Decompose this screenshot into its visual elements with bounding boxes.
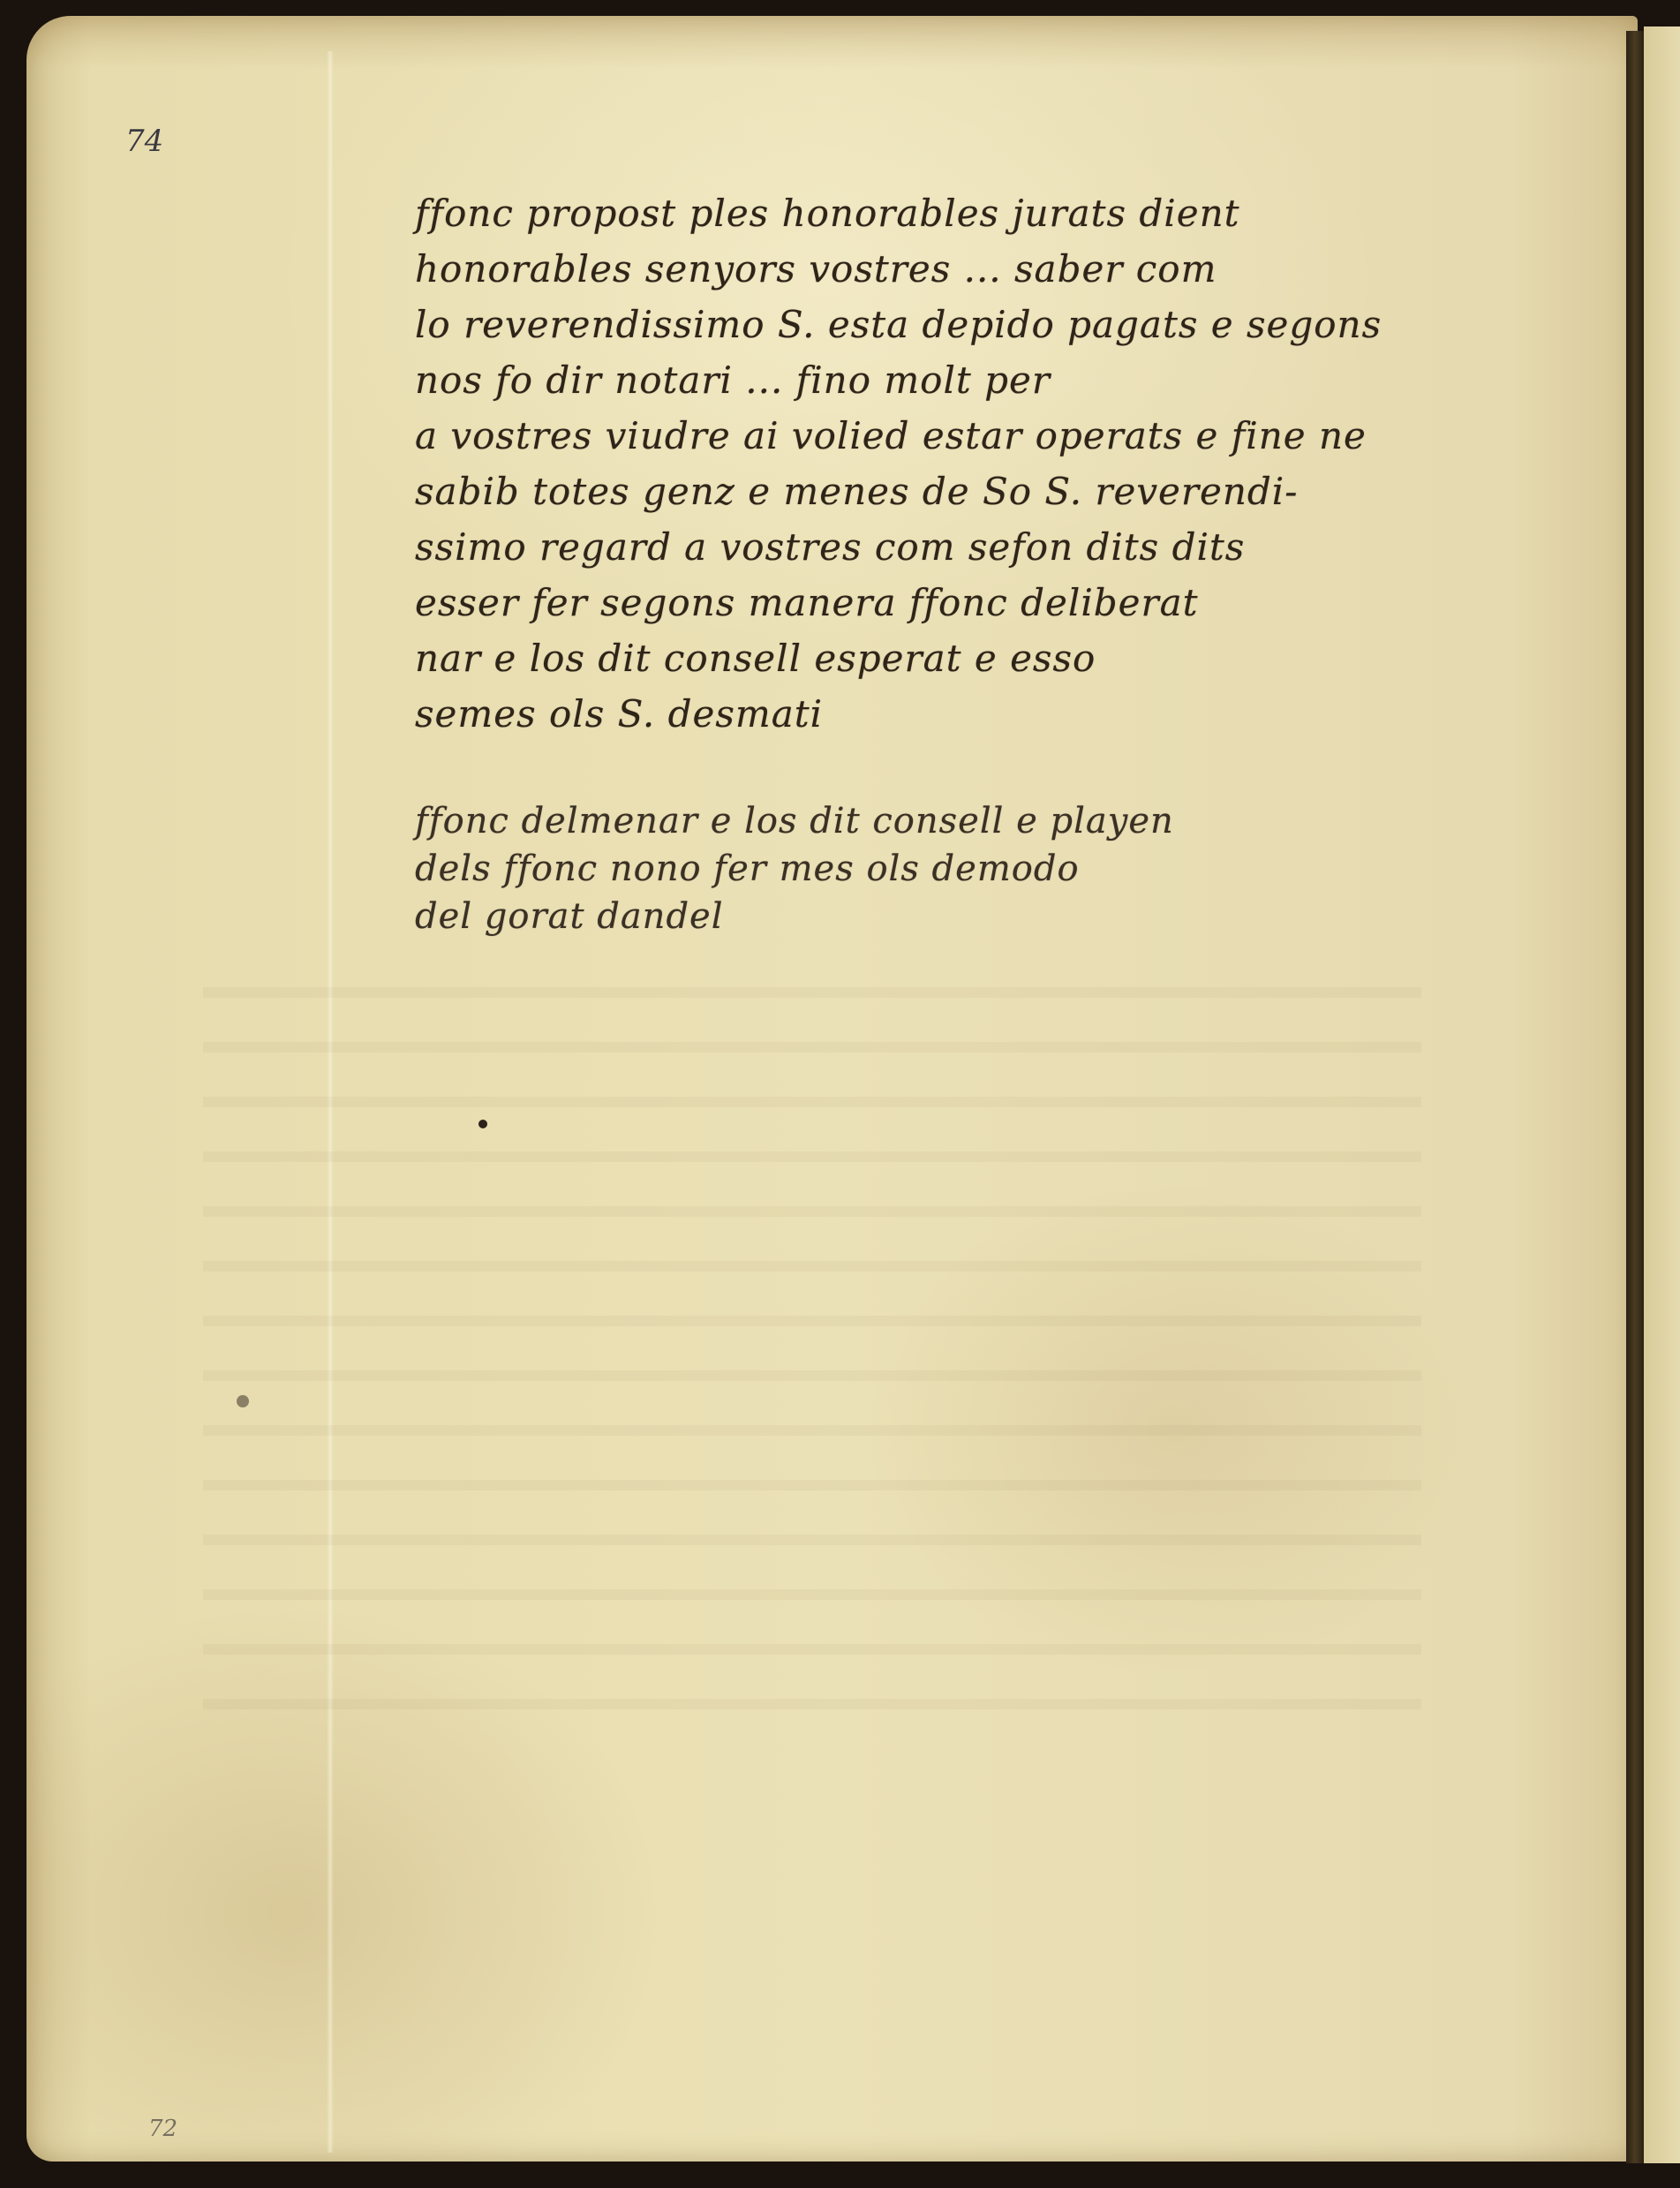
paragraph-1: ffonc propost ples honorables jurats die… bbox=[415, 185, 1382, 742]
ink-bleed-through bbox=[203, 943, 1421, 1738]
manuscript-page: 74 ffonc propost ples honorables jurats … bbox=[26, 16, 1638, 2162]
text-line: ffonc propost ples honorables jurats die… bbox=[415, 185, 1382, 241]
text-line: sabib totes genz e menes de So S. revere… bbox=[415, 464, 1382, 519]
ink-spot bbox=[478, 1120, 487, 1128]
text-line: a vostres viudre ai volied estar operats… bbox=[415, 408, 1382, 464]
text-line: esser fer segons manera ffonc deliberat bbox=[415, 575, 1382, 630]
binding-gutter bbox=[1626, 31, 1644, 2163]
text-line: lo reverendissimo S. esta depido pagats … bbox=[415, 297, 1382, 352]
paragraph-2: ffonc delmenar e los dit consell e playe… bbox=[415, 797, 1174, 940]
folio-number: 74 bbox=[125, 124, 163, 159]
pencil-number: 72 bbox=[148, 2116, 177, 2142]
ink-spot bbox=[237, 1395, 249, 1407]
text-line: ffonc delmenar e los dit consell e playe… bbox=[415, 797, 1174, 845]
text-line: honorables senyors vostres ... saber com bbox=[415, 241, 1382, 297]
text-line: nos fo dir notari ... fino molt per bbox=[415, 352, 1382, 408]
text-line: nar e los dit consell esperat e esso bbox=[415, 630, 1382, 686]
text-line: dels ffonc nono fer mes ols demodo bbox=[415, 845, 1174, 893]
text-line: ssimo regard a vostres com sefon dits di… bbox=[415, 519, 1382, 575]
text-line: semes ols S. desmati bbox=[415, 686, 1382, 742]
adjacent-page-edge bbox=[1644, 26, 1680, 2163]
text-line: del gorat dandel bbox=[415, 893, 1174, 940]
